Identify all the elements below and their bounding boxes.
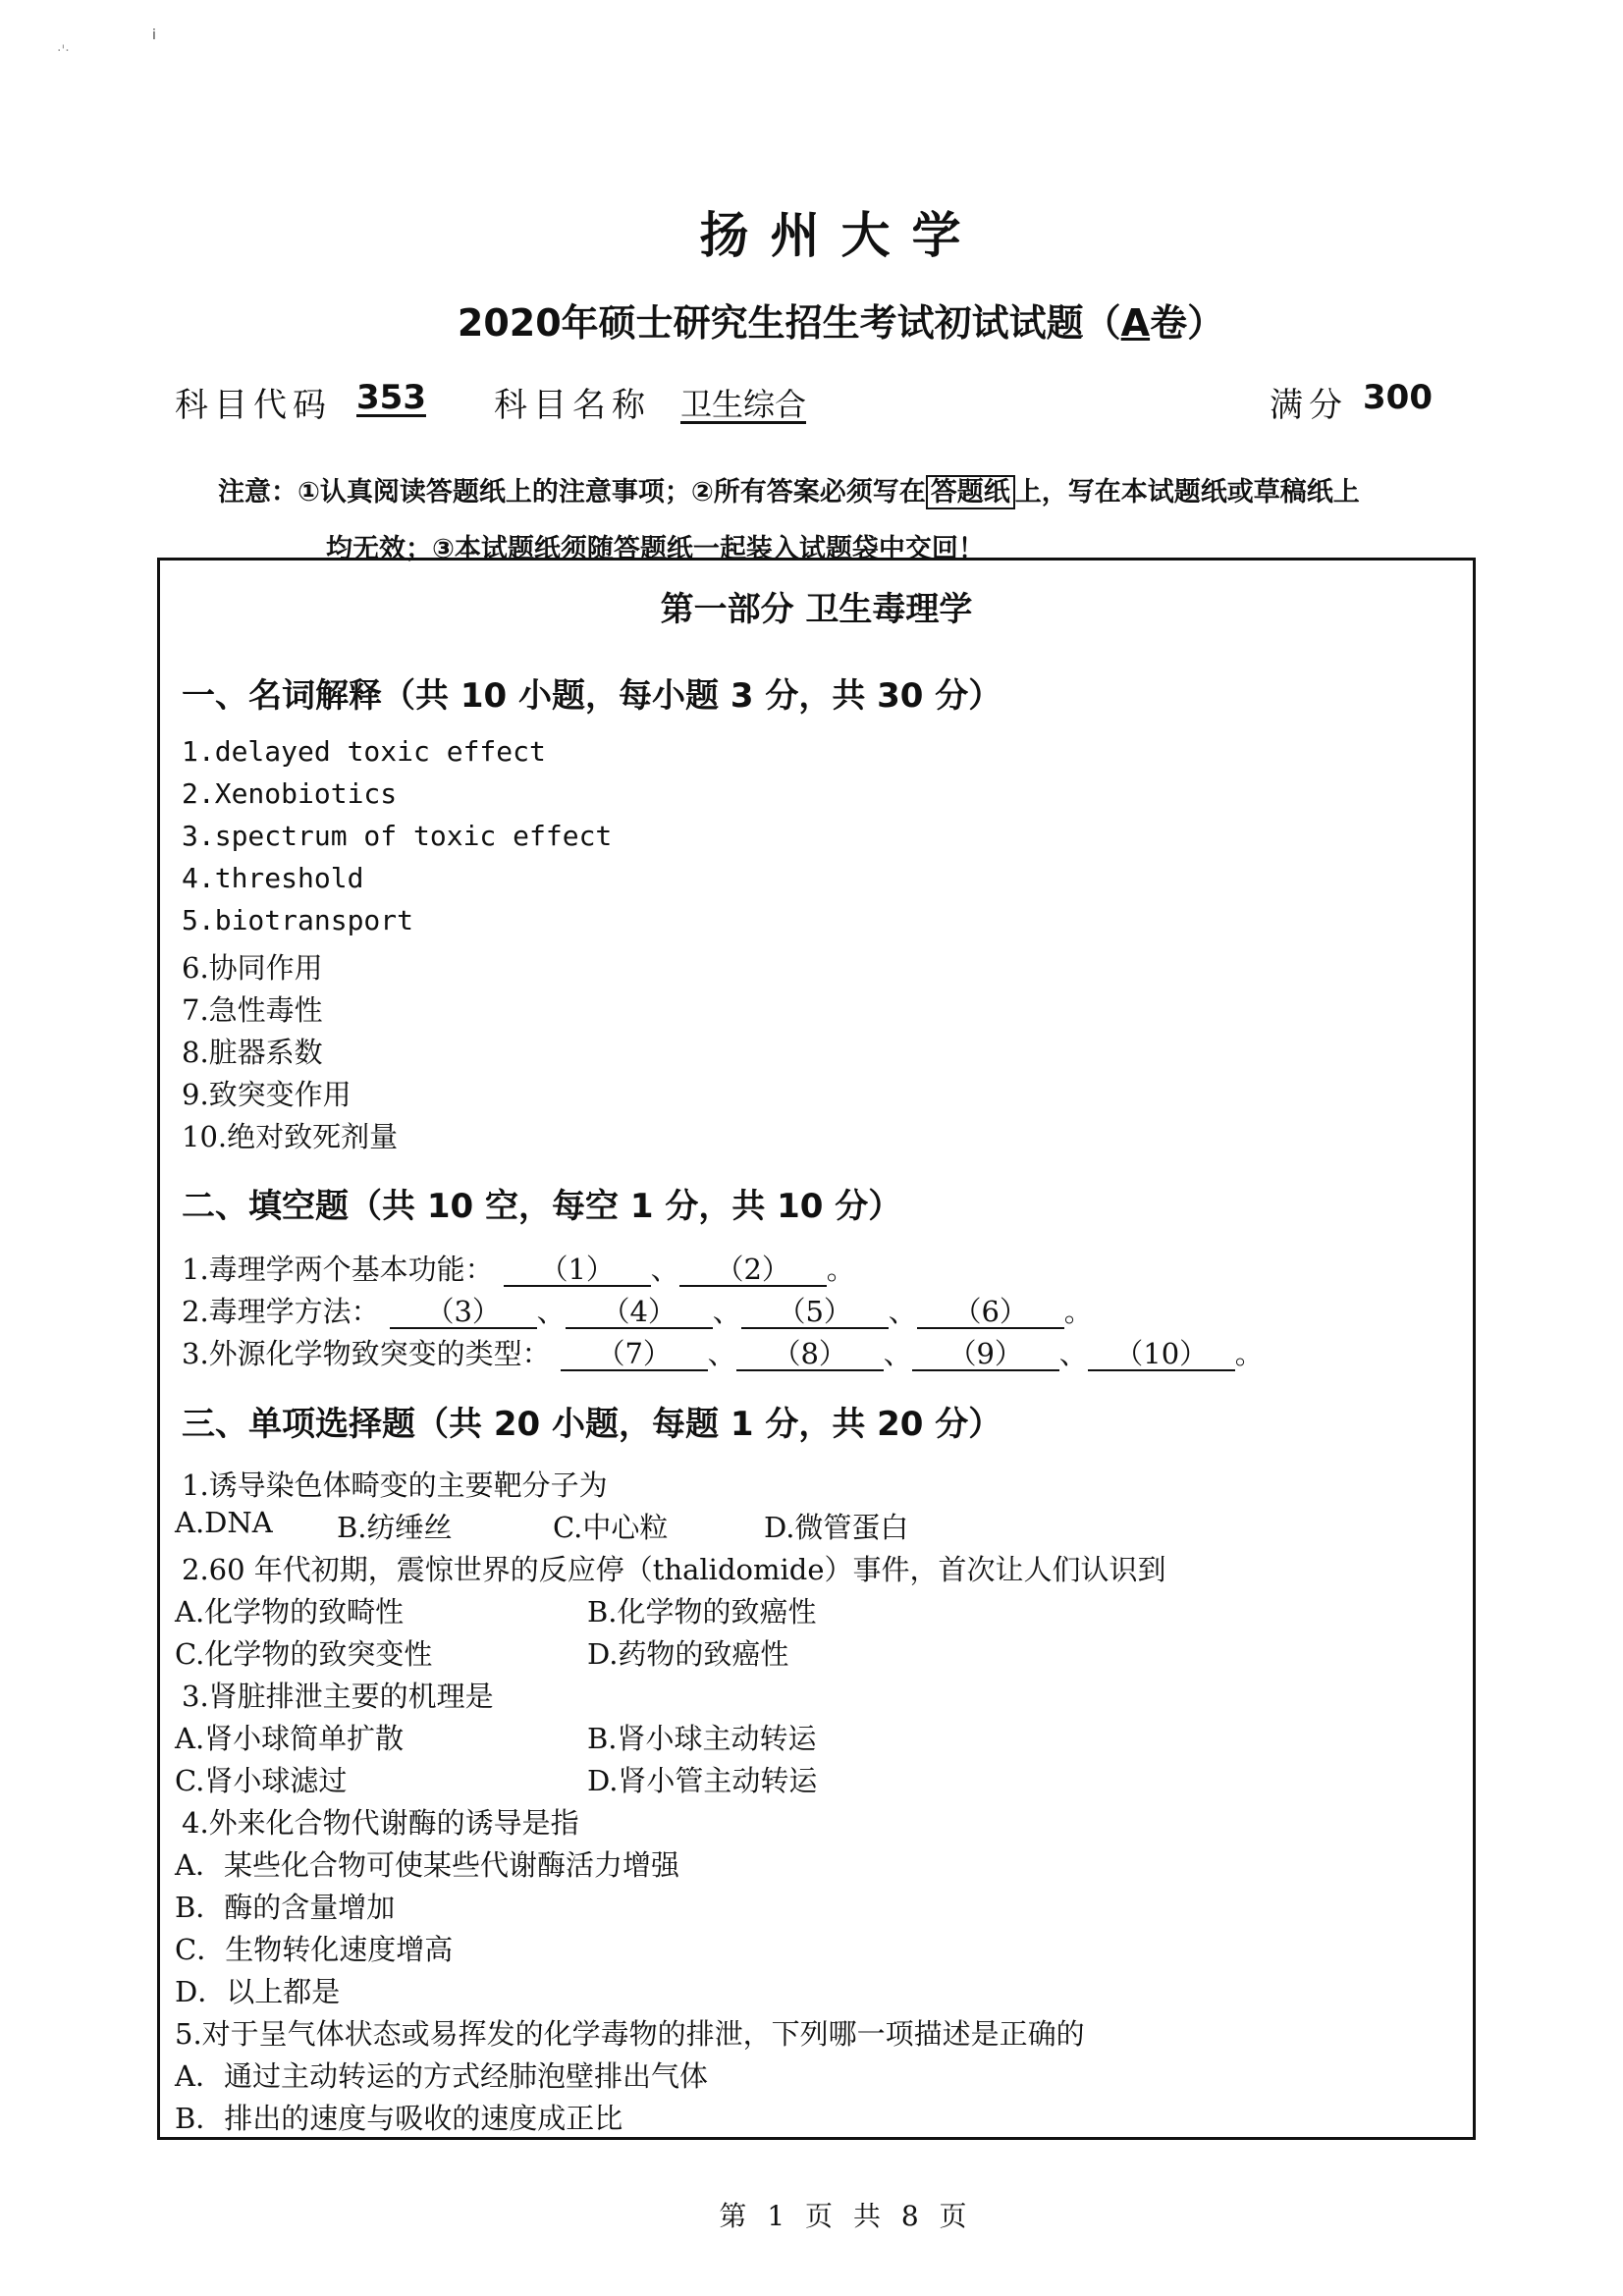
question-stem: 2.60 年代初期，震惊世界的反应停（thalidomide）事件，首次让人们认… — [182, 1548, 1165, 1588]
separator: 、 — [713, 1295, 741, 1328]
question-prompt: 2.毒理学方法： — [182, 1295, 380, 1328]
options-row: A.化学物的致畸性 B.化学物的致癌性 — [175, 1590, 1451, 1629]
option: B．排出的速度与吸收的速度成正比 — [175, 2097, 622, 2137]
options-row: C.肾小球滤过 D.肾小管主动转运 — [175, 1759, 1451, 1798]
term-item: 1.delayed toxic effect — [182, 735, 546, 768]
question-stem: 3.肾脏排泄主要的机理是 — [182, 1675, 494, 1715]
term-item: 2.Xenobiotics — [182, 777, 397, 810]
term-item: 8.脏器系数 — [182, 1031, 323, 1071]
notice-prefix: 注意： — [218, 477, 298, 507]
option: A．通过主动转运的方式经肺泡壁排出气体 — [175, 2055, 708, 2095]
fill-blank-question: 2.毒理学方法：（3）、（4）、（5）、（6）。 — [182, 1290, 1093, 1330]
scan-artifact: ·'· — [57, 43, 70, 59]
question-stem: 1.诱导染色体畸变的主要靶分子为 — [182, 1464, 608, 1504]
option: C．生物转化速度增高 — [175, 1928, 453, 1968]
options-row: A.肾小球简单扩散 B.肾小球主动转运 — [175, 1717, 1451, 1756]
notice-text-1: ①认真阅读答题纸上的注意事项；②所有答案必须写在 — [298, 477, 926, 507]
term-item: 10.绝对致死剂量 — [182, 1115, 398, 1155]
fill-blank-question: 1.毒理学两个基本功能：（1）、（2）。 — [182, 1248, 855, 1288]
options-row: A.DNA B.纺缍丝 C.中心粒 D.微管蛋白 — [175, 1506, 1451, 1545]
question-prompt: 3.外源化学物致突变的类型： — [182, 1337, 551, 1370]
terminator: 。 — [1064, 1295, 1093, 1328]
answer-blank: （7） — [561, 1339, 708, 1371]
options-row: C.化学物的致突变性 D.药物的致癌性 — [175, 1632, 1451, 1672]
term-item: 9.致突变作用 — [182, 1073, 352, 1113]
option: A．某些化合物可使某些代谢酶活力增强 — [175, 1843, 679, 1884]
option: C.肾小球滤过 — [175, 1759, 347, 1799]
term-item: 7.急性毒性 — [182, 988, 323, 1029]
scan-artifact: ⅰ — [152, 27, 156, 43]
option: B．酶的含量增加 — [175, 1886, 395, 1926]
term-item: 5.biotransport — [182, 904, 413, 936]
question-stem: 5.对于呈气体状态或易挥发的化学毒物的排泄，下列哪一项描述是正确的 — [175, 2012, 1085, 2053]
answer-blank: （3） — [390, 1297, 537, 1329]
answer-sheet-boxed: 答题纸 — [926, 475, 1015, 509]
answer-blank: （2） — [679, 1255, 827, 1287]
exam-content-box: 第一部分 卫生毒理学 一、名词解释（共 10 小题，每小题 3 分，共 30 分… — [157, 558, 1476, 2140]
answer-blank: （6） — [917, 1297, 1064, 1329]
separator: 、 — [651, 1253, 679, 1286]
section-1-heading: 一、名词解释（共 10 小题，每小题 3 分，共 30 分） — [182, 668, 1001, 717]
answer-blank: （10） — [1088, 1339, 1235, 1371]
option: D.肾小管主动转运 — [587, 1759, 817, 1799]
exam-title: 2020年硕士研究生招生考试初试试题（A卷） — [0, 293, 1623, 347]
full-score-label: 满分 — [1270, 378, 1348, 426]
university-title: 扬州大学 — [0, 196, 1623, 267]
exam-title-prefix: 2020年硕士研究生招生考试初试试题（ — [458, 301, 1121, 345]
subject-info-row: 科目代码 353 科目名称 卫生综合 满分 300 — [175, 378, 1441, 427]
question-stem: 4.外来化合物代谢酶的诱导是指 — [182, 1801, 579, 1842]
fill-blank-question: 3.外源化学物致突变的类型：（7）、（8）、（9）、（10）。 — [182, 1332, 1264, 1372]
subject-name: 卫生综合 — [680, 380, 806, 425]
option: A.DNA — [175, 1506, 273, 1539]
option: D.药物的致癌性 — [587, 1632, 788, 1673]
terminator: 。 — [827, 1253, 855, 1286]
answer-blank: （4） — [566, 1297, 713, 1329]
separator: 、 — [884, 1337, 912, 1370]
part-title: 第一部分 卫生毒理学 — [160, 582, 1473, 630]
option: B.化学物的致癌性 — [587, 1590, 817, 1630]
section-2-heading: 二、填空题（共 10 空，每空 1 分，共 10 分） — [182, 1179, 901, 1227]
option: A.肾小球简单扩散 — [175, 1717, 404, 1757]
full-score: 300 — [1363, 378, 1433, 417]
option: B.纺缍丝 — [337, 1506, 453, 1546]
answer-blank: （1） — [504, 1255, 651, 1287]
subject-name-label: 科目名称 — [494, 378, 651, 426]
option: D．以上都是 — [175, 1970, 340, 2010]
paper-version: A — [1121, 301, 1150, 345]
terminator: 。 — [1235, 1337, 1264, 1370]
page-number: 第 1 页 共 8 页 — [0, 2195, 1623, 2234]
term-item: 4.threshold — [182, 862, 363, 894]
separator: 、 — [708, 1337, 736, 1370]
option: A.化学物的致畸性 — [175, 1590, 404, 1630]
subject-code-label: 科目代码 — [175, 378, 332, 426]
separator: 、 — [1059, 1337, 1088, 1370]
section-3-heading: 三、单项选择题（共 20 小题，每题 1 分，共 20 分） — [182, 1397, 1001, 1445]
notice-text-2: 上，写在本试题纸或草稿纸上 — [1015, 477, 1360, 507]
separator: 、 — [537, 1295, 566, 1328]
term-item: 6.协同作用 — [182, 946, 323, 987]
exam-title-suffix: 卷） — [1150, 301, 1224, 345]
answer-blank: （9） — [912, 1339, 1059, 1371]
answer-blank: （8） — [736, 1339, 884, 1371]
subject-code: 353 — [356, 378, 426, 417]
option: B.肾小球主动转运 — [587, 1717, 817, 1757]
answer-blank: （5） — [741, 1297, 889, 1329]
separator: 、 — [889, 1295, 917, 1328]
notice-line-1: 注意：①认真阅读答题纸上的注意事项；②所有答案必须写在答题纸上，写在本试题纸或草… — [218, 464, 1494, 521]
option: D.微管蛋白 — [764, 1506, 908, 1546]
question-prompt: 1.毒理学两个基本功能： — [182, 1253, 494, 1286]
option: C.化学物的致突变性 — [175, 1632, 432, 1673]
term-item: 3.spectrum of toxic effect — [182, 820, 612, 852]
option: C.中心粒 — [553, 1506, 668, 1546]
